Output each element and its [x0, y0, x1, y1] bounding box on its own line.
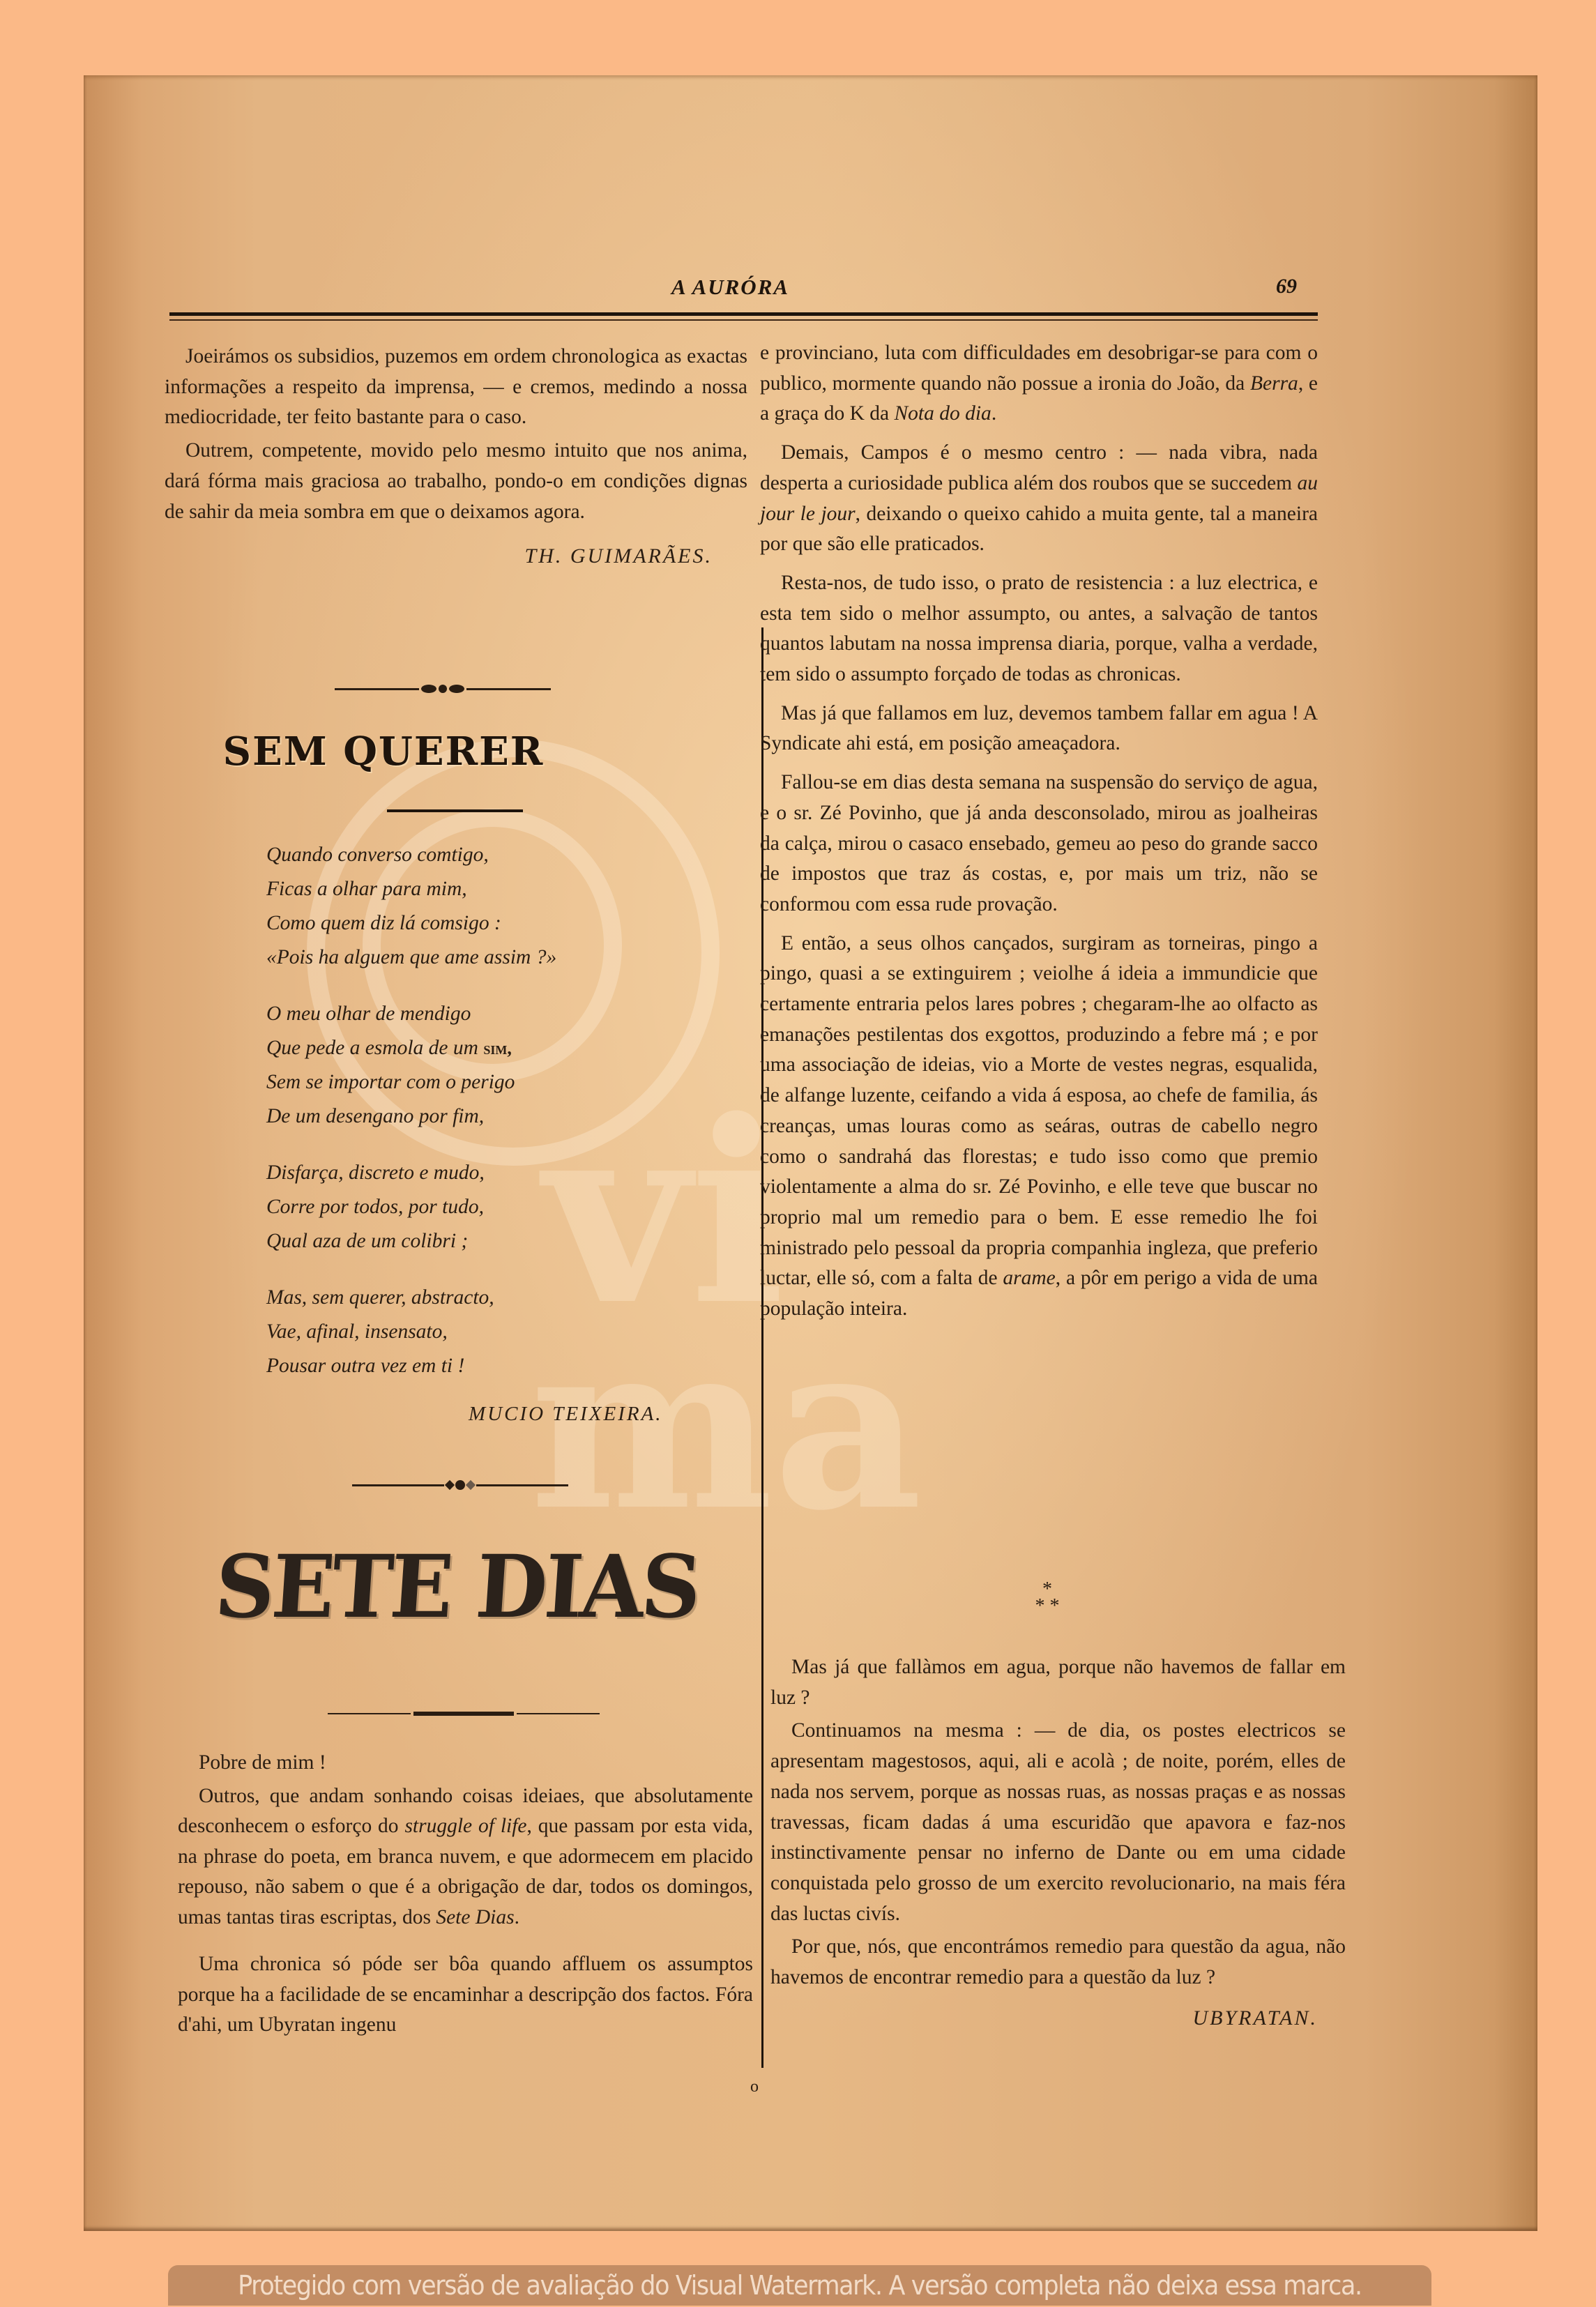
poem-line: O meu olhar de mendigo [266, 997, 556, 1031]
paragraph: E então, a seus olhos cançados, surgiram… [760, 929, 1318, 1325]
left-column-intro: Joeirámos os subsidios, puzemos em ordem… [165, 342, 747, 572]
author-signature: UBYRATAN. [770, 2003, 1346, 2034]
ornamental-divider [328, 1707, 600, 1721]
right-column: e provinciano, luta com difficuldades em… [760, 338, 1318, 1325]
ornament-diamond-icon [466, 1480, 476, 1490]
paragraph: Mas já que fallamos em luz, devemos tamb… [760, 699, 1318, 759]
poem-line: Vae, afinal, insensato, [266, 1315, 556, 1349]
watermark-notice-text: Protegido com versão de avaliação do Vis… [238, 2270, 1362, 2301]
poem-line: Disfarça, discreto e mudo, [266, 1156, 556, 1190]
paragraph: Demais, Campos é o mesmo centro : — nada… [760, 438, 1318, 560]
poem-title: SEM QUERER [160, 729, 607, 775]
paragraph-text: e provinciano, luta com difficuldades em… [760, 342, 1318, 395]
paragraph: Pobre de mim ! [178, 1748, 753, 1779]
italic-phrase: struggle of life [404, 1815, 526, 1837]
paragraph: Por que, nós, que encontrámos remedio pa… [770, 1932, 1346, 1993]
author-signature: TH. GUIMARÃES. [165, 541, 747, 572]
stray-glyph: o [750, 2078, 759, 2096]
italic-phrase: Nota do dia [894, 402, 991, 425]
poem-stanza: O meu olhar de mendigo Que pede a esmola… [266, 997, 556, 1134]
paragraph-text: E então, a seus olhos cançados, surgiram… [760, 932, 1318, 1290]
paragraph: Joeirámos os subsidios, puzemos em ordem… [165, 342, 747, 433]
poem-line: Como quem diz lá comsigo : [266, 906, 556, 941]
poem-line: «Pois ha alguem que ame assim ?» [266, 941, 556, 975]
paragraph: Uma chronica só póde ser bôa quando affl… [178, 1949, 753, 2041]
italic-phrase: arame [1003, 1267, 1055, 1289]
paragraph-text: . [991, 402, 996, 425]
paragraph: Fallou-se em dias desta semana na suspen… [760, 768, 1318, 920]
divider-line [335, 688, 419, 690]
ornament-dot-icon [455, 1480, 465, 1490]
poem-line: Mas, sem querer, abstracto, [266, 1281, 556, 1315]
running-title: A AURÓRA [671, 275, 789, 300]
header-double-rule [169, 312, 1318, 321]
poem-stanza: Quando converso comtigo, Ficas a olhar p… [266, 838, 556, 975]
italic-phrase: Sete Dias [436, 1906, 514, 1928]
ornament-diamond-icon [445, 1480, 455, 1490]
poem-line: De um desengano por fim, [266, 1099, 556, 1134]
paragraph: e provinciano, luta com difficuldades em… [760, 338, 1318, 429]
divider-line [517, 1713, 600, 1714]
asterisk-pair-icon: * * [1019, 1598, 1075, 1615]
divider-line [352, 1484, 444, 1486]
section-masthead-sete-dias: SETE DIAS [213, 1537, 701, 1635]
ornament-dot-icon [439, 685, 447, 693]
asterism-separator: * * * [1019, 1581, 1075, 1615]
divider-line [476, 1484, 568, 1486]
ornamental-divider [352, 1478, 568, 1492]
poem-stanza: Mas, sem querer, abstracto, Vae, afinal,… [266, 1281, 556, 1383]
paragraph: Mas já que fallàmos em agua, porque não … [770, 1652, 1346, 1713]
paragraph: Resta-nos, de tudo isso, o prato de resi… [760, 568, 1318, 690]
divider-line [466, 688, 551, 690]
poem-line-text: Que pede a esmola de um [266, 1037, 483, 1059]
divider-line-thick [413, 1712, 513, 1716]
poem-author-signature: MUCIO TEIXEIRA. [469, 1403, 663, 1426]
poem-line: Que pede a esmola de um sim, [266, 1031, 556, 1065]
poem-stanza: Disfarça, discreto e mudo, Corre por tod… [266, 1156, 556, 1258]
paragraph: Outrem, competente, movido pelo mesmo in… [165, 436, 747, 527]
poem-line: Quando converso comtigo, [266, 838, 556, 872]
poem-body: Quando converso comtigo, Ficas a olhar p… [266, 838, 556, 1406]
poem-line: Qual aza de um colibri ; [266, 1224, 556, 1258]
italic-phrase: Berra [1250, 372, 1298, 395]
poem-emphasis-word: sim, [483, 1038, 512, 1058]
page-number: 69 [1276, 275, 1297, 298]
paragraph-text: . [515, 1906, 519, 1928]
poem-line: Sem se importar com o perigo [266, 1065, 556, 1099]
poem-line: Pousar outra vez em ti ! [266, 1349, 556, 1383]
sete-dias-column: Pobre de mim ! Outros, que andam sonhand… [178, 1748, 753, 2041]
ornamental-divider [335, 682, 551, 696]
right-column-closing: Mas já que fallàmos em agua, porque não … [770, 1652, 1346, 2033]
page-header: A AURÓRA 69 [169, 269, 1318, 304]
poem-line: Corre por todos, por tudo, [266, 1190, 556, 1224]
masthead-text: SETE DIAS [212, 1535, 701, 1637]
paragraph: Continuamos na mesma : — de dia, os post… [770, 1716, 1346, 1929]
ornament-flourish-icon [421, 685, 436, 693]
divider-line [328, 1713, 411, 1714]
paragraph: Outros, que andam sonhando coisas ideiae… [178, 1781, 753, 1933]
paragraph-text: Demais, Campos é o mesmo centro : — nada… [760, 441, 1318, 494]
poem-line: Ficas a olhar para mim, [266, 872, 556, 906]
title-underline [387, 809, 523, 812]
watermark-notice-banner: Protegido com versão de avaliação do Vis… [168, 2265, 1431, 2306]
ornament-flourish-icon [449, 685, 464, 693]
